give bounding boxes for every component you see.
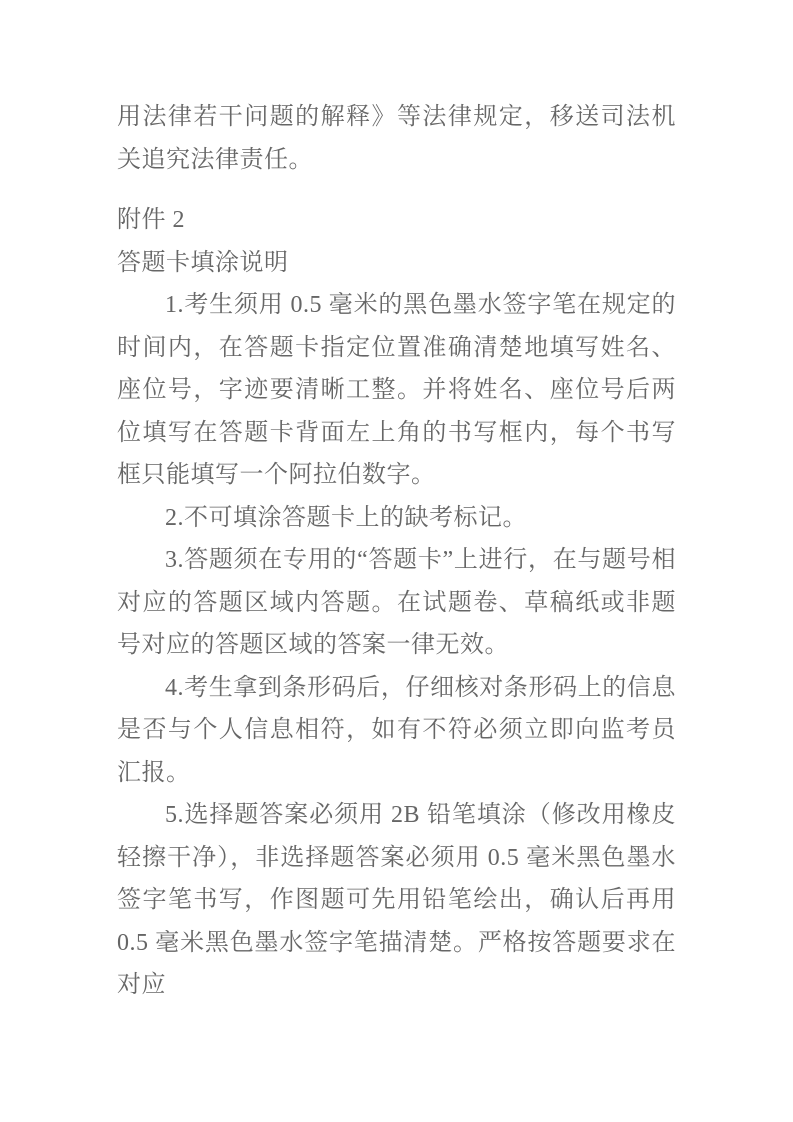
instruction-item-5: 5.选择题答案必须用 2B 铅笔填涂（修改用橡皮轻擦干净），非选择题答案必须用 … <box>117 794 676 1007</box>
instruction-item-4: 4.考生拿到条形码后，仔细核对条形码上的信息是否与个人信息相符，如有不符必须立即… <box>117 667 676 795</box>
instruction-item-3: 3.答题须在专用的“答题卡”上进行，在与题号相对应的答题区域内答题。在试题卷、草… <box>117 539 676 667</box>
instruction-item-1: 1.考生须用 0.5 毫米的黑色墨水签字笔在规定的时间内，在答题卡指定位置准确清… <box>117 284 676 497</box>
document-page: 用法律若干问题的解释》等法律规定，移送司法机关追究法律责任。 附件 2 答题卡填… <box>0 0 793 1122</box>
attachment-label: 附件 2 <box>117 199 676 242</box>
instruction-item-2: 2.不可填涂答题卡上的缺考标记。 <box>117 497 676 540</box>
document-title: 答题卡填涂说明 <box>117 242 676 285</box>
continuation-paragraph: 用法律若干问题的解释》等法律规定，移送司法机关追究法律责任。 <box>117 96 676 181</box>
instruction-list: 1.考生须用 0.5 毫米的黑色墨水签字笔在规定的时间内，在答题卡指定位置准确清… <box>117 284 676 1007</box>
